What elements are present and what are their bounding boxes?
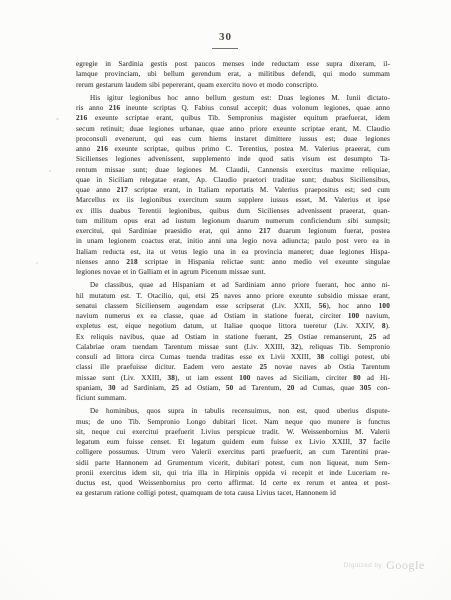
scan-speck — [36, 262, 38, 264]
text-line: quae anno 217 scriptae erant, in Italiam… — [76, 185, 390, 195]
numeral: 218 — [126, 258, 137, 266]
text-line: sit, neque cui exercitui praefuerit Livi… — [76, 427, 390, 437]
text-line: De hominibus, quos supra in tabulis rece… — [76, 406, 390, 416]
text-line: pronii exercitus idem sit, qui tria illa… — [76, 468, 390, 478]
numeral: 216 — [109, 104, 120, 112]
text-line: Ex reliquis navibus, quae ad Ostiam in s… — [76, 332, 390, 342]
google-watermark: Digitized by Google — [344, 556, 425, 574]
numeral: 217 — [259, 227, 270, 235]
numeral: 8 — [382, 322, 386, 330]
text-line: classi ille praefuisse dicitur. Eadem ve… — [76, 362, 390, 372]
text-line: ris anno 216 ineunte scriptas Q. Fabius … — [76, 103, 390, 113]
text-line: in unam legionem coactus erat, initio an… — [76, 236, 390, 246]
numeral: 100 — [239, 374, 250, 382]
watermark-brand: Google — [386, 558, 425, 572]
text-line: tum militum opus erat ad iustum legionum… — [76, 216, 390, 226]
book-page: 30 egregie in Sardinia gestis post pauco… — [0, 0, 451, 600]
text-line: His igitur legionibus hoc anno bellum ge… — [76, 93, 390, 103]
page-number-rule — [212, 48, 238, 49]
text-line: hil mutatum est. T. Otacilio, qui, etsi … — [76, 291, 390, 301]
text-line: De classibus, quae ad Hispaniam et ad Sa… — [76, 280, 390, 290]
numeral: 38 — [167, 374, 175, 382]
text-line: egregie in Sardinia gestis post paucos m… — [76, 59, 390, 69]
numeral: 100 — [348, 312, 359, 320]
numeral: 20 — [287, 384, 295, 392]
scan-speck — [56, 118, 59, 120]
text-line: expletus est, eique negotium datum, ut I… — [76, 321, 390, 331]
numeral: 216 — [97, 145, 108, 153]
text-line: exercitui, qui Sardiniae praesidio erat,… — [76, 226, 390, 236]
text-line: ex illis duabus Terentii legionibus, qui… — [76, 206, 390, 216]
numeral: 32 — [291, 343, 299, 351]
text-line: anno 216 exeunte scriptae, quibus primo … — [76, 144, 390, 154]
numeral: 38 — [317, 353, 325, 361]
text-line: ductus est, quod Weissenbornius pro cert… — [76, 478, 390, 488]
paragraph: De hominibus, quos supra in tabulis rece… — [76, 406, 390, 498]
text-line: Sicilienses legiones advenissent, supple… — [76, 154, 390, 164]
text-line: proconsuli evenerunt, qui eas cum hiems … — [76, 134, 390, 144]
paragraph: egregie in Sardinia gestis post paucos m… — [76, 59, 390, 90]
text-line: sidii parte Hannonem ad Grumentum viceri… — [76, 458, 390, 468]
text-line: 216 exeunte scriptae erant, quibus Tib. … — [76, 113, 390, 123]
text-line: Calabriae oram tuendam Tarentum missae s… — [76, 342, 390, 352]
text-line: consuli ad littora circa Cumas tuenda tr… — [76, 352, 390, 362]
text-line: legiones novae et in Galliam et in agrum… — [76, 267, 390, 277]
page-text: egregie in Sardinia gestis post paucos m… — [76, 59, 390, 499]
numeral: 217 — [117, 186, 128, 194]
numeral: 305 — [360, 384, 371, 392]
text-line: navium numerus ex ea classe, quae ad Ost… — [76, 311, 390, 321]
scan-speck — [49, 170, 51, 172]
page-number: 30 — [0, 31, 451, 43]
numeral: 25 — [260, 363, 268, 371]
text-line: mus; de uno Tib. Sempronio Longo dubitar… — [76, 417, 390, 427]
numeral: 25 — [172, 384, 180, 392]
paragraph: His igitur legionibus hoc anno bellum ge… — [76, 93, 390, 278]
numeral: 25 — [369, 333, 377, 341]
text-line: quae in Siciliam relegatae erant, Ap. Cl… — [76, 175, 390, 185]
watermark-prefix: Digitized by — [344, 562, 382, 569]
text-line: spaniam, 30 ad Sardiniam, 25 ad Ostiam, … — [76, 383, 390, 393]
text-line: nienses anno 218 scriptae in Hispania re… — [76, 257, 390, 267]
text-line: rentum missae sunt; duae legiones M. Cla… — [76, 165, 390, 175]
numeral: 56 — [319, 302, 327, 310]
text-line: missae sunt (Liv. XXIII, 38), ut iam ess… — [76, 373, 390, 383]
numeral: 25 — [211, 292, 219, 300]
text-line: rerum gestarum laudem sibi pepererant, q… — [76, 80, 390, 90]
text-line: colligere possumus. Utrum vero Valerii e… — [76, 447, 390, 457]
numeral: 25 — [284, 333, 292, 341]
numeral: 80 — [353, 374, 361, 382]
numeral: 216 — [76, 114, 87, 122]
numeral: 100 — [379, 302, 390, 310]
text-line: legatum eum fuisse censet. Et legatum qu… — [76, 437, 390, 447]
text-line: senatui classem Siciliensem augendam ess… — [76, 301, 390, 311]
numeral: 30 — [108, 384, 116, 392]
numeral: 50 — [226, 384, 234, 392]
text-line: secum retinuit; duae legiones urbanae, q… — [76, 124, 390, 134]
text-line: Italiam reducta est, ita ut vetus legio … — [76, 247, 390, 257]
text-line: Marcellus ex iis legionibus exercitum su… — [76, 195, 390, 205]
numeral: 37 — [359, 438, 367, 446]
paragraph: De classibus, quae ad Hispaniam et ad Sa… — [76, 280, 390, 403]
text-line: ficiunt summam. — [76, 393, 390, 403]
text-line: ea gestarum ratione colligi potest, quam… — [76, 488, 390, 498]
text-line: lamque provinciam, ubi bellum gerendum e… — [76, 69, 390, 79]
